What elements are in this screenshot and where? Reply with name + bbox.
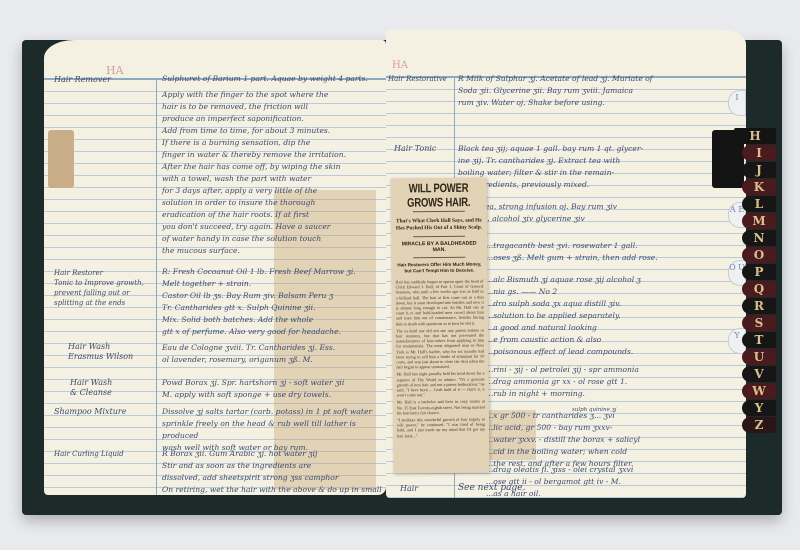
index-tab-i[interactable]: I <box>742 145 776 161</box>
clipping-body: Hair has suddenly begun to sprout upon t… <box>396 279 486 439</box>
header-stamp: HA <box>392 60 408 71</box>
index-tab-n[interactable]: N <box>742 230 776 246</box>
entry-label: Hair Restorer Tonic to Improve growth, p… <box>54 268 154 308</box>
entry-text: R Milk of Sulphur ʒj. Acetate of lead ʒj… <box>458 73 728 109</box>
index-tab-l[interactable]: L <box>742 196 776 212</box>
index-tab-u[interactable]: U <box>742 349 776 365</box>
index-tab-q[interactable]: Q <box>742 281 776 297</box>
left-page: HA Hair Remover Sulphuret of Barium 1 pa… <box>44 40 386 495</box>
entry-label: Shampoo Mixture <box>54 407 126 417</box>
label-column-divider <box>156 78 157 495</box>
clipping-section-head: MIRACLE BY A BALDHEADED MAN. <box>395 241 483 254</box>
entry-text: ...tragacanth best ʒvi. rosewater 1 gall… <box>486 240 726 264</box>
alphabet-index-tabs: H I J K L M N O P Q R S T U V W Y Z <box>742 128 776 434</box>
entry-text: Black tea, strong infusion oj. Bay rum ʒ… <box>458 201 718 225</box>
index-tab-k[interactable]: K <box>742 179 776 195</box>
entry-text: R: Fresh Cocoanut Oil 1 lb. Fresh Beef M… <box>162 266 384 338</box>
index-tab-h[interactable]: H <box>734 128 776 144</box>
index-tab-m[interactable]: M <box>742 213 776 229</box>
left-index-tab[interactable] <box>48 130 74 188</box>
entry-text: Black tea ʒij; aquae 1 gall. bay rum 1 q… <box>458 143 718 191</box>
entry-label: Hair Wash & Cleanse <box>70 378 112 398</box>
index-tab-s[interactable]: S <box>742 315 776 331</box>
index-tab-j[interactable]: J <box>742 162 776 178</box>
entry-text: Eau de Cologne ʒviii. Tr. Cantharides ʒj… <box>162 342 384 366</box>
index-tab-o[interactable]: O <box>742 247 776 263</box>
entry-text: Dissolve ʒj salts tartar (carb. potass) … <box>162 406 384 454</box>
clipping-headline: WILL POWER GROWS HAIR. <box>394 181 482 211</box>
entry-text: Sulphuret of Barium 1 part. Aquae by wei… <box>162 73 382 257</box>
index-tab-v[interactable]: V <box>742 366 776 382</box>
index-tab-y[interactable]: Y <box>742 400 776 416</box>
entry-label: Hair Wash Erasmus Wilson <box>68 342 133 362</box>
clipping-deck: Hair Restorers Offer Him Much Money, but… <box>395 262 483 275</box>
clipping-subhead: That's What Clerk Hall Says, and He Has … <box>395 218 483 233</box>
entry-label: Hair Restorative <box>388 74 447 84</box>
entry-label: Hair Curling Liquid <box>54 449 124 459</box>
index-tab-t[interactable]: T <box>742 332 776 348</box>
thumb-index-tab[interactable]: I <box>728 90 746 116</box>
entry-label: Hair Tonic <box>394 144 436 154</box>
entry-text: ...alc Bismuth ʒj aquae rose ʒij alcohol… <box>486 274 726 358</box>
entry-text: sulph quinine ʒj ...x gr 500 - tr cantha… <box>486 410 726 470</box>
entry-text: See next page. <box>458 482 525 494</box>
index-tab-r[interactable]: R <box>742 298 776 314</box>
index-tab-p[interactable]: P <box>742 264 776 280</box>
entry-label: Hair Remover <box>54 75 111 85</box>
newspaper-clipping: WILL POWER GROWS HAIR. That's What Clerk… <box>390 178 489 474</box>
entry-text: ...rini - ʒij - ol petrolei ʒij - spr am… <box>486 364 726 400</box>
entry-label: Hair <box>400 484 418 494</box>
entry-text: R Borax ʒii. Gum Arabic ʒj. hot water ʒi… <box>162 448 386 495</box>
index-tab-z[interactable]: Z <box>742 417 776 433</box>
entry-text: Powd Borax ʒj. Spr. hartshorn ʒj - soft … <box>162 377 384 401</box>
index-tab-w[interactable]: W <box>742 383 776 399</box>
